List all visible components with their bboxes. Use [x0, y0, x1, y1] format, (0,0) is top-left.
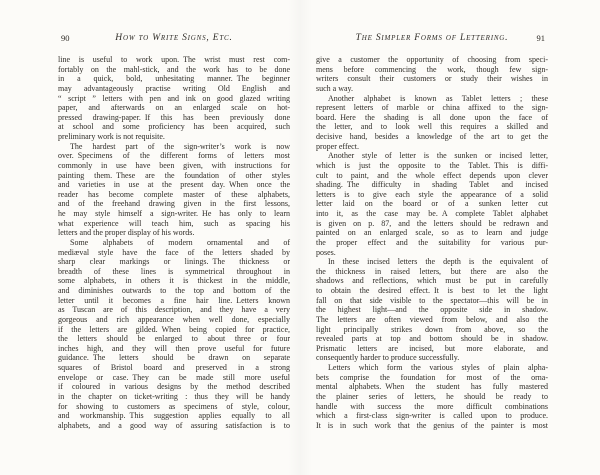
right-running-title: The Simpler Forms of Lettering. [356, 33, 509, 43]
text-line: revealed parts at top and bottom should … [316, 334, 548, 344]
text-line: bets comprise the foundation for most of… [316, 373, 548, 383]
text-line: inches high, and they will then prove us… [58, 344, 290, 354]
text-line: if the letters are gilded. When being co… [58, 325, 290, 335]
text-line: to obtain the desired effect. It is best… [316, 286, 548, 296]
text-line: board. Here the shading is all done upon… [316, 113, 548, 123]
text-line: fortably on the mahl-stick, and the work… [58, 65, 290, 75]
text-line: and varieties in use at the present day.… [58, 180, 290, 190]
text-line: light principally strikes down from abov… [316, 325, 548, 335]
text-line: is given on p. 87, and the letters shoul… [316, 219, 548, 229]
text-line: sharp clear markings or linings. The thi… [58, 257, 290, 267]
text-line: mediæval style have the face of the lett… [58, 248, 290, 258]
text-line: envelope or case. They can be made still… [58, 373, 290, 383]
left-text-column: line is useful to work upon. The wrist m… [58, 55, 290, 430]
text-line: preliminary work is not requisite. [58, 132, 290, 142]
right-page-header: The Simpler Forms of Lettering. 91 [316, 32, 548, 44]
text-line: the plainer series of letters, he should… [316, 392, 548, 402]
text-line: in a quick, bold, unhesitating manner. T… [58, 74, 290, 84]
text-line: for showing to customers as specimens of… [58, 402, 290, 412]
text-line: letters is to give each style the appear… [316, 190, 548, 200]
text-line: over. Specimens of the different forms o… [58, 151, 290, 161]
text-line: line is useful to work upon. The wrist m… [58, 55, 290, 65]
text-line: squares of Bristol board and preserved i… [58, 363, 290, 373]
text-line: and of the freehand drawing given in the… [58, 199, 290, 209]
text-line: in the chapter on ticket-writing : thus … [58, 392, 290, 402]
left-page-number: 90 [61, 32, 70, 44]
text-line: Prismatic letters are incised, but more … [316, 344, 548, 354]
text-line: letter laid on the board or of a sunken … [316, 199, 548, 209]
text-line: mens before commencing the work, though … [316, 65, 548, 75]
text-line: at school and some proficiency has been … [58, 122, 290, 132]
text-line: decisive hand, besides a knowledge of th… [316, 132, 548, 142]
text-line: the thickness in raised letters, but the… [316, 267, 548, 277]
text-line: mental alphabets. When the student has f… [316, 382, 548, 392]
text-line: It is in such work that the genius of th… [316, 421, 548, 431]
right-page-number: 91 [537, 32, 546, 44]
left-page: 90 How to Write Signs, Etc. line is usef… [58, 32, 290, 430]
text-line: give a customer the opportunity of choos… [316, 55, 548, 65]
text-line: “ script ” letters with pen and ink on g… [58, 94, 290, 104]
text-line: In these incised letters the depth is th… [316, 257, 548, 267]
text-line: Another alphabet is known as Tablet lett… [316, 94, 548, 104]
text-line: commonly in use have been given, with in… [58, 161, 290, 171]
text-line: paper, and afterwards on an enlarged sca… [58, 103, 290, 113]
text-line: The letters are often viewed from below,… [316, 315, 548, 325]
text-line: if coloured in various designs by the me… [58, 382, 290, 392]
text-line: such a way. [316, 84, 548, 94]
text-line: the letter, and to look well this requir… [316, 122, 548, 132]
text-line: the proper effect and the suitability fo… [316, 238, 548, 248]
text-line: breadth of these lines is symmetrical th… [58, 267, 290, 277]
text-line: shadows and reflections, which must be p… [316, 276, 548, 286]
text-line: poses. [316, 248, 548, 258]
text-line: what experience will teach him, such as … [58, 219, 290, 229]
text-line: handle with success the more difficult c… [316, 402, 548, 412]
text-line: gorgeous and rich appearance when well d… [58, 315, 290, 325]
text-line: the highest light—and the opposite side … [316, 305, 548, 315]
text-line: consequently harder to produce successfu… [316, 353, 548, 363]
left-page-header: 90 How to Write Signs, Etc. [58, 32, 290, 44]
text-line: into it, as the case may be. A complete … [316, 209, 548, 219]
text-line: cult to paint, and the whole effect depe… [316, 171, 548, 181]
text-line: guidance. The letters should be drawn on… [58, 353, 290, 363]
text-line: some alphabets, in others it is thickest… [58, 276, 290, 286]
text-line: Some alphabets of modern ornamental and … [58, 238, 290, 248]
text-line: proper effect. [316, 142, 548, 152]
text-line: letter until it becomes a fine hair line… [58, 296, 290, 306]
text-line: painting them. These are the foundation … [58, 171, 290, 181]
text-line: alphabets, and a good way of assuring sa… [58, 421, 290, 431]
text-line: writers consult their customers or study… [316, 74, 548, 84]
text-line: The hardest part of the sign-writer’s wo… [58, 142, 290, 152]
text-line: represent letters of marble or china aff… [316, 103, 548, 113]
text-line: reader has become complete master of the… [58, 190, 290, 200]
book-spread: 90 How to Write Signs, Etc. line is usef… [0, 0, 600, 475]
text-line: letters and the proper display of his wo… [58, 228, 290, 238]
text-line: may advantageously practise writing Old … [58, 84, 290, 94]
text-line: Another style of letter is the sunken or… [316, 151, 548, 161]
text-line: Letters which form the various styles of… [316, 363, 548, 373]
text-line: as Tuscan are of this description, and t… [58, 305, 290, 315]
text-line: he may style himself a sign-writer. He h… [58, 209, 290, 219]
left-running-title: How to Write Signs, Etc. [115, 33, 232, 43]
text-line: the letters should be enlarged to about … [58, 334, 290, 344]
text-line: painted on an enlarged scale, so as to l… [316, 228, 548, 238]
text-line: and workmanship. This suggestion applies… [58, 411, 290, 421]
text-line: and diminishes outwards to the top and b… [58, 286, 290, 296]
text-line: pressed drawing-paper. If this has been … [58, 113, 290, 123]
text-line: which is just the opposite to the Tablet… [316, 161, 548, 171]
text-line: which a first-class sign-writer is calle… [316, 411, 548, 421]
right-page: The Simpler Forms of Lettering. 91 give … [316, 32, 548, 430]
text-line: shading. The difficulty in shading Table… [316, 180, 548, 190]
text-line: fall on that side visible to the spectat… [316, 296, 548, 306]
right-text-column: give a customer the opportunity of choos… [316, 55, 548, 430]
